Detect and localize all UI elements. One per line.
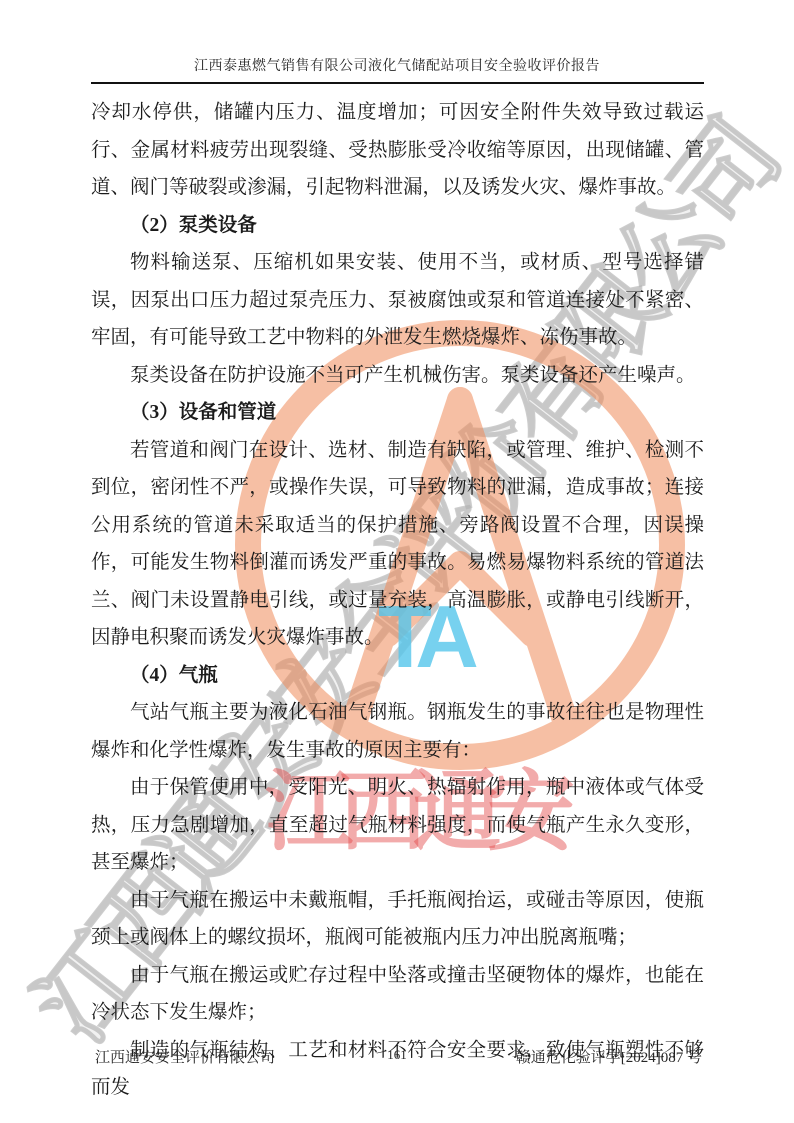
body-paragraph: 泵类设备在防护设施不当可产生机械伤害。泵类设备还产生噪声。 [91, 357, 704, 395]
body-paragraph: 由于气瓶在搬运或贮存过程中坠落或撞击坚硬物体的爆炸，也能在冷状态下发生爆炸； [91, 957, 704, 1032]
section-heading: （2）泵类设备 [91, 207, 704, 245]
document-page: 江西通安安全评价有限公司 TA 江西通安 江西泰惠燃气销售有限公司液化气储配站项… [0, 0, 794, 1123]
section-heading: （4）气瓶 [91, 657, 704, 695]
section-heading: （3）设备和管道 [91, 394, 704, 432]
body-paragraph: 物料输送泵、压缩机如果安装、使用不当，或材质、型号选择错误，因泵出口压力超过泵壳… [91, 244, 704, 357]
document-body: 冷却水停供，储罐内压力、温度增加；可因安全附件失效导致过载运行、金属材料疲劳出现… [91, 94, 704, 1107]
body-paragraph: 若管道和阀门在设计、选材、制造有缺陷，或管理、维护、检测不到位，密闭性不严，或操… [91, 432, 704, 657]
report-header-title: 江西泰惠燃气销售有限公司液化气储配站项目安全验收评价报告 [91, 55, 703, 75]
body-paragraph: 气站气瓶主要为液化石油气钢瓶。钢瓶发生的事故往往也是物理性爆炸和化学性爆炸，发生… [91, 694, 704, 769]
body-paragraph: 制造的气瓶结构、工艺和材料不符合安全要求，致使气瓶塑性不够而发 [91, 1032, 704, 1107]
body-paragraph: 由于气瓶在搬运中未戴瓶帽，手托瓶阀抬运，或碰击等原因，使瓶颈上或阀体上的螺纹损坏… [91, 882, 704, 957]
body-paragraph: 由于保管使用中，受阳光、明火、热辐射作用，瓶中液体或气体受热，压力急剧增加，直至… [91, 769, 704, 882]
body-paragraph: 冷却水停供，储罐内压力、温度增加；可因安全附件失效导致过载运行、金属材料疲劳出现… [91, 94, 704, 207]
header-divider [91, 82, 704, 84]
footer-doc-number: 赣通危化验评字[2024]087 号 [516, 1046, 702, 1067]
